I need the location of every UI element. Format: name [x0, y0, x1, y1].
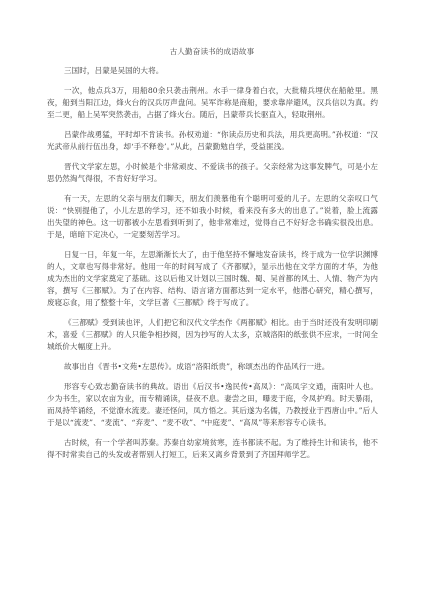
paragraph-gaofeng: 形容专心致志勤奋读书的典故。语出《后汉书•逸民传•高凤》：“高凤字文通，南阳叶人… — [47, 381, 378, 429]
paragraph-idiom-source: 故事出自《晋书•文苑•左思传》。成语“洛阳纸贵”，称颂杰出的作品风行一进。 — [47, 361, 378, 373]
paragraph-lumeng-jingzhou: 一次，他点兵3万，用船80余只袭击荆州。水手一律身着白衣，大批精兵埋伏在船舱里。… — [47, 85, 378, 121]
paragraph-zuosi-father: 有一天，左思的父亲与朋友们聊天，朋友们羡慕他有个聪明可爱的儿子。左思的父亲叹口气… — [47, 193, 378, 241]
paragraph-intro-lumeng: 三国时，吕蒙是吴国的大将。 — [47, 65, 378, 77]
document-title: 古人勤奋读书的成语故事 — [0, 46, 424, 58]
document-body: 三国时，吕蒙是吴国的大将。 一次，他点兵3万，用船80余只袭击荆州。水手一律身着… — [47, 65, 378, 469]
paragraph-lumeng-study: 吕蒙作战勇猛，平时却不肯读书。孙权劝道：“你读点历史和兵法，用兵更高明。”孙权道… — [47, 129, 378, 153]
document-page: 古人勤奋读书的成语故事 三国时，吕蒙是吴国的大将。 一次，他点兵3万，用船80余… — [0, 0, 424, 600]
paragraph-zuosi-childhood: 晋代文学家左思，小时候是个非常顽皮、不爱读书的孩子。父亲经常为这事发脾气，可是小… — [47, 161, 378, 185]
paragraph-suqin: 古时候，有一个学者叫苏秦。苏秦自幼家境贫寒，连书都读不起。为了维持生计和读书，他… — [47, 437, 378, 461]
paragraph-zuosi-sandufu: 日复一日，年复一年，左思渐渐长大了，由于他坚持不懈地发奋读书，终于成为一位学识渊… — [47, 249, 378, 309]
paragraph-luoyang-paper: 《三都赋》受到读也评，人们把它和汉代文学杰作《两都赋》相比。由于当时还没有发明印… — [47, 317, 378, 353]
